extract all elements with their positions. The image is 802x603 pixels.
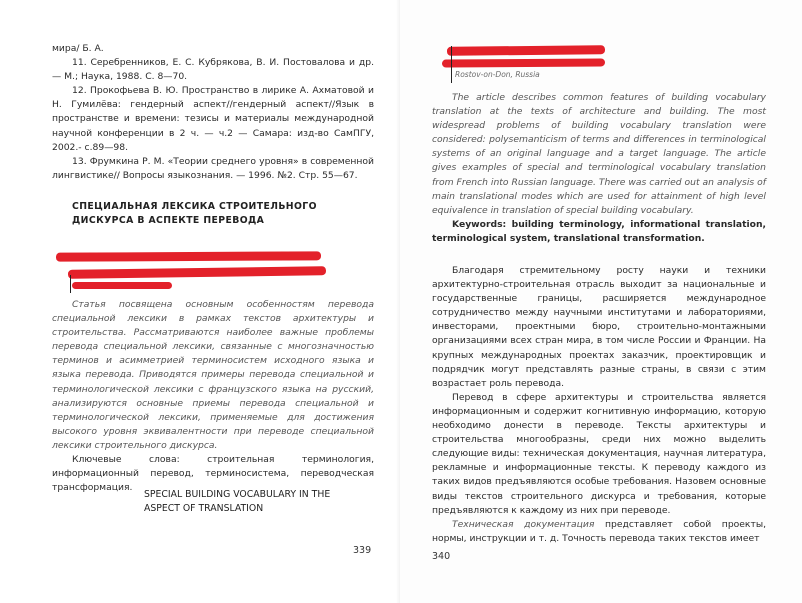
abstract-en-block: The article describes common features of… [432, 91, 766, 246]
redaction-mark-affiliation-2 [72, 282, 172, 289]
redaction-mark-affiliation-en [442, 58, 605, 67]
italic-term: Техническая документация [452, 519, 594, 530]
reference-continuation: мира/ Б. А. [52, 42, 374, 56]
article-title-ru-line2: ДИСКУРСА В АСПЕКТЕ ПЕРЕВОДА [72, 214, 317, 228]
affiliation-rule [70, 275, 71, 293]
page-number-right: 340 [432, 551, 450, 562]
body-paragraph: Перевод в сфере архитектуры и строительс… [432, 391, 766, 518]
reference-item: 13. Фрумкина Р. М. «Теории среднего уров… [52, 155, 374, 183]
abstract-en: The article describes common features of… [432, 91, 766, 218]
reference-item: 12. Прокофьева В. Ю. Пространство в лири… [52, 84, 374, 154]
article-title-ru: СПЕЦИАЛЬНАЯ ЛЕКСИКА СТРОИТЕЛЬНОГО ДИСКУР… [72, 200, 317, 228]
page-number-left: 339 [353, 545, 371, 556]
body-paragraph: Благодаря стремительному росту науки и т… [432, 264, 766, 391]
abstract-ru: Статья посвящена основным особенностям п… [52, 298, 374, 453]
article-title-ru-line1: СПЕЦИАЛЬНАЯ ЛЕКСИКА СТРОИТЕЛЬНОГО [72, 200, 317, 214]
left-page: мира/ Б. А. 11. Серебренников, Е. С. Куб… [0, 0, 400, 603]
affiliation-rule-en [451, 46, 452, 83]
article-title-en-line2: ASPECT OF TRANSLATION [144, 502, 330, 516]
article-title-en: SPECIAL BUILDING VOCABULARY IN THE ASPEC… [144, 488, 330, 516]
redaction-mark-author [56, 251, 321, 261]
abstract-ru-block: Статья посвящена основным особенностям п… [52, 298, 374, 495]
article-title-en-line1: SPECIAL BUILDING VOCABULARY IN THE [144, 488, 330, 502]
keywords-en: Keywords: building terminology, informat… [432, 218, 766, 246]
affiliation-city: Rostov-on-Don, Russia [455, 70, 540, 79]
reference-item: 11. Серебренников, Е. С. Кубрякова, В. И… [52, 56, 374, 84]
redaction-mark-author-en [447, 45, 605, 56]
body-paragraph-last: Техническая документация представляет со… [432, 518, 766, 546]
references-list: мира/ Б. А. 11. Серебренников, Е. С. Куб… [52, 42, 374, 183]
redaction-mark-affiliation [68, 266, 326, 279]
article-body: Благодаря стремительному росту науки и т… [432, 264, 766, 546]
